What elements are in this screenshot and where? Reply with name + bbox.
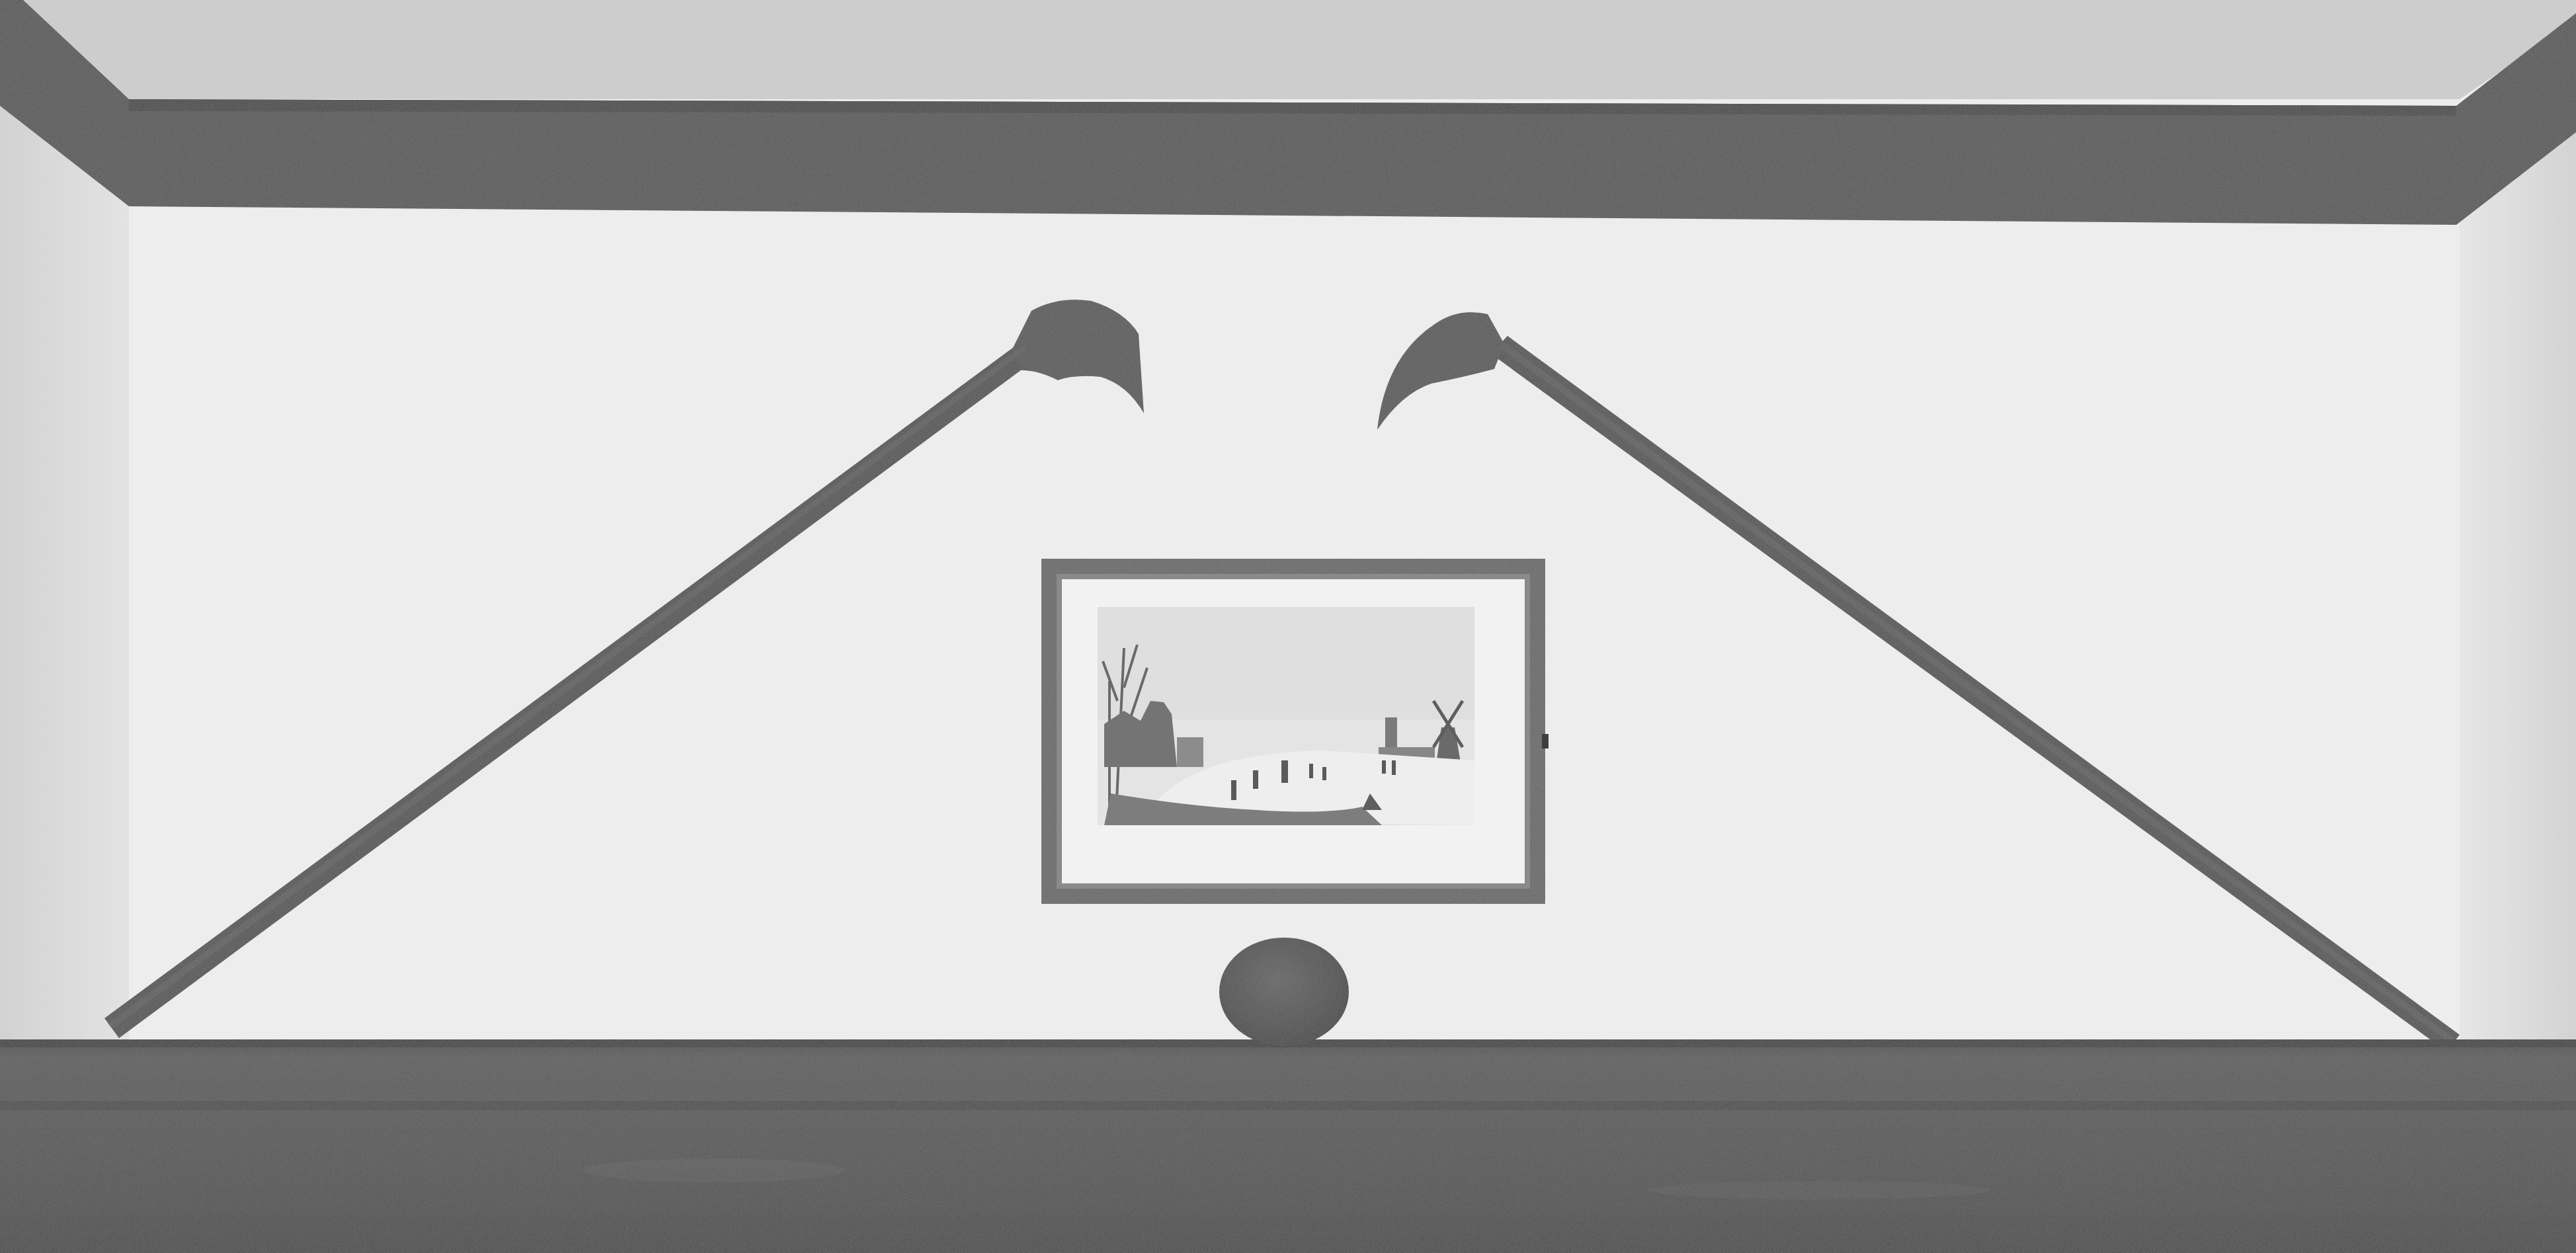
framed-print [1041, 559, 1549, 904]
shelf [0, 1039, 2576, 1253]
ceiling [0, 0, 2576, 99]
right-side-wall [2460, 79, 2576, 1041]
photograph [0, 0, 2576, 1253]
frame-hook [1542, 734, 1549, 748]
ball [1219, 938, 1349, 1046]
left-side-wall [0, 93, 129, 1041]
print-scene [1098, 607, 1474, 825]
church-tower [1385, 717, 1397, 747]
